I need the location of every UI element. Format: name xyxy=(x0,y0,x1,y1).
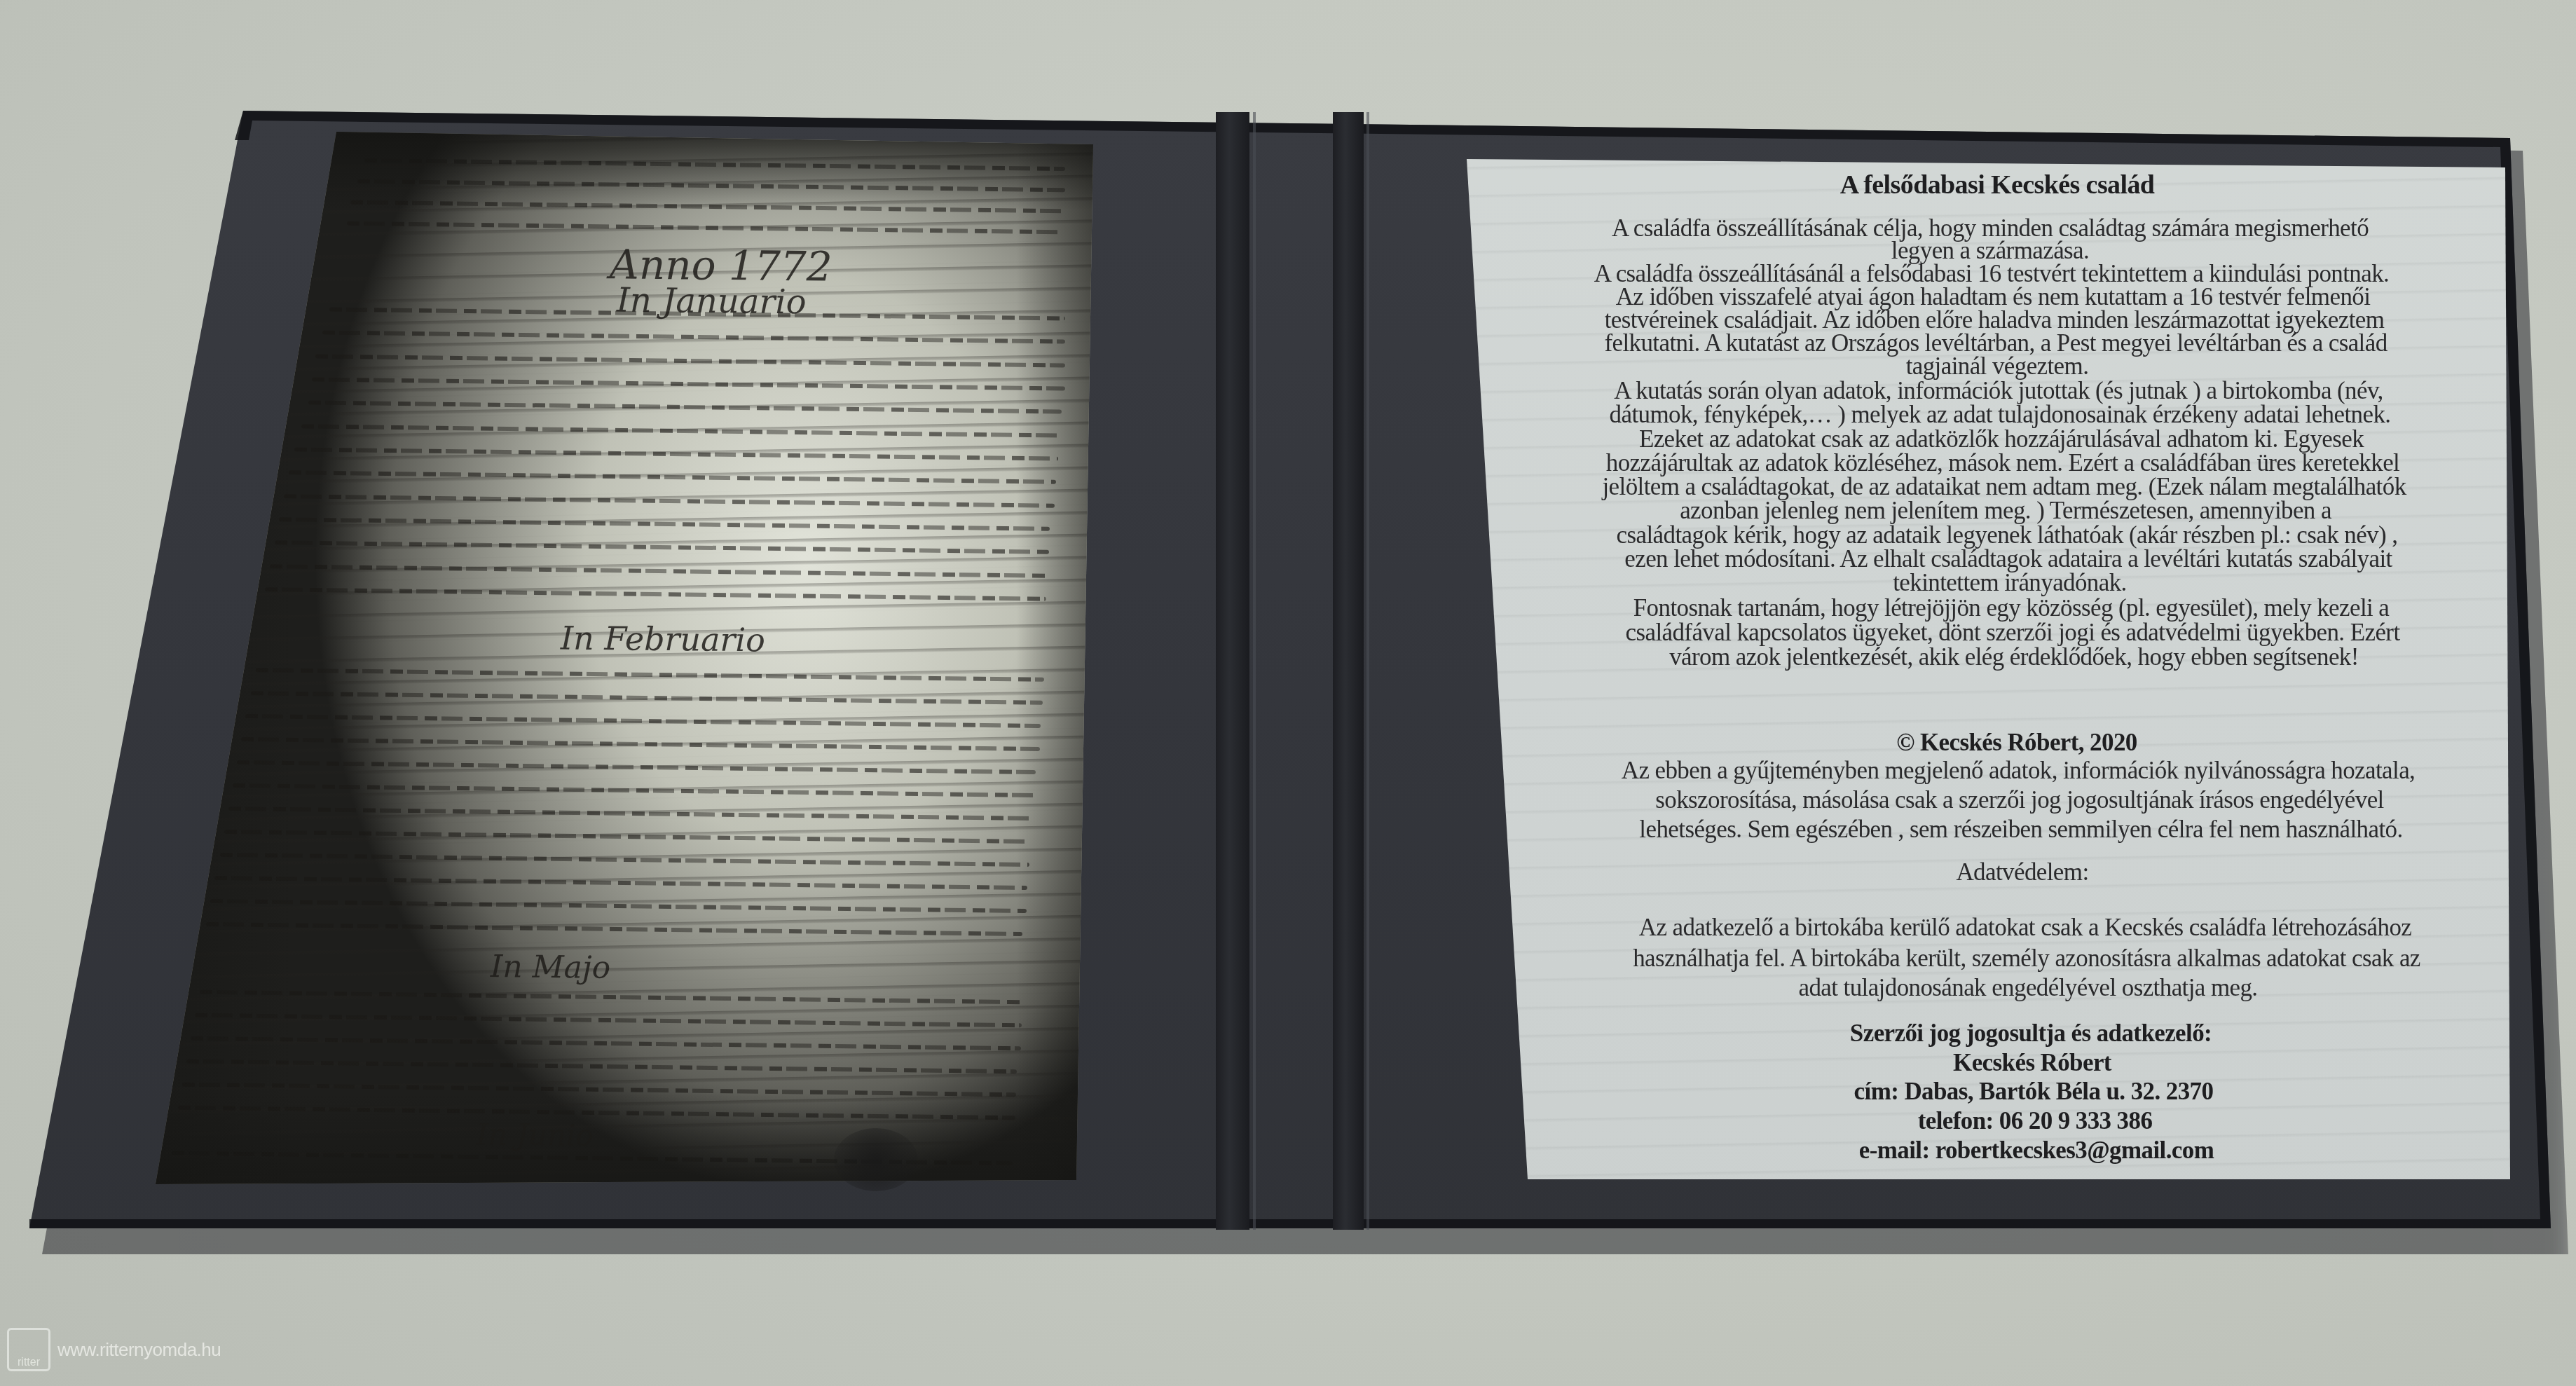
contact-phone: telefon: 06 20 9 333 386 xyxy=(1537,1107,2533,1135)
watermark-url: www.ritternyomda.hu xyxy=(57,1339,221,1361)
copyright-line: lehetséges. Sem egészében , sem részeibe… xyxy=(1523,816,2519,844)
contact-role: Szerzői jog jogosultja és adatkezelő: xyxy=(1533,1020,2528,1048)
ink-stain xyxy=(834,1128,918,1191)
privacy-line: adat tulajdonosának engedélyével oszthat… xyxy=(1530,974,2526,1002)
privacy-line: használhatja fel. A birtokába került, sz… xyxy=(1529,945,2524,973)
contact-email: e-mail: robertkecskes3@gmail.com xyxy=(1539,1137,2534,1165)
intro-line: Fontosnak tartanám, hogy létrejöjjön egy… xyxy=(1514,594,2509,622)
contact-name: Kecskés Róbert xyxy=(1535,1049,2530,1077)
spine-highlight xyxy=(1253,112,1256,1230)
copyright-line: sokszorosítása, másolása csak a szerzői … xyxy=(1522,786,2517,814)
intro-line: várom azok jelentkezését, akik elég érde… xyxy=(1516,643,2512,671)
privacy-heading: Adatvédelem: xyxy=(1525,858,2520,886)
copyright-heading: © Kecskés Róbert, 2020 xyxy=(1519,729,2514,757)
spine-groove-left xyxy=(1216,112,1249,1230)
privacy-line: Az adatkezelő a birtokába kerülő adatoka… xyxy=(1528,914,2523,942)
page-title: A felsődabasi Kecskés család xyxy=(1500,171,2495,199)
intro-line: dátumok, fényképek,… ) melyek az adat tu… xyxy=(1502,401,2498,429)
intro-line: tekintettem irányadónak. xyxy=(1512,569,2507,597)
watermark: ritter www.ritternyomda.hu xyxy=(7,1328,221,1371)
watermark-logo-text: ritter xyxy=(18,1357,40,1369)
copyright-line: Az ebben a gyűjteményben megjelenő adato… xyxy=(1521,757,2516,785)
spine-groove-right xyxy=(1333,112,1364,1230)
contact-address: cím: Dabas, Bartók Béla u. 32. 2370 xyxy=(1536,1078,2531,1106)
intro-line: azonban jelenleg nem jelenítem meg. ) Te… xyxy=(1508,497,2503,525)
intro-line: tagjainál végeztem. xyxy=(1500,352,2495,380)
intro-line: családfával kapcsolatos ügyeket, dönt sz… xyxy=(1515,619,2510,647)
ritter-logo-icon: ritter xyxy=(7,1328,50,1371)
spine-highlight xyxy=(1366,112,1369,1230)
